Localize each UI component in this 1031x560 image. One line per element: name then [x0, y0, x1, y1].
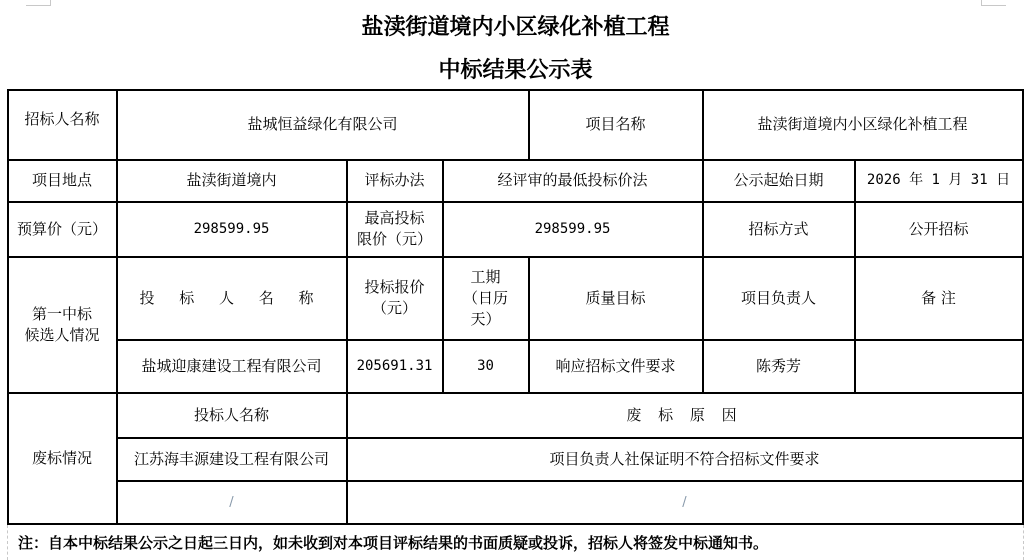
publish-date-label: 公示起始日期	[703, 160, 854, 201]
candidate-remarks	[855, 340, 1022, 392]
bid-price-header-line2: （元）	[372, 298, 417, 319]
rejected-bidder-name: /	[117, 481, 346, 523]
duration-header-line3: 天）	[470, 309, 500, 330]
candidate-quality-target: 响应招标文件要求	[529, 340, 702, 392]
duration-header-line2: （日历	[463, 288, 508, 309]
candidate-header-project-manager: 项目负责人	[703, 257, 854, 339]
table-border-right	[1022, 89, 1024, 524]
candidate-header-quality-target: 质量目标	[529, 257, 702, 339]
tenderer-value: 盐城恒益绿化有限公司	[117, 90, 528, 159]
candidate-bidder-name: 盐城迎康建设工程有限公司	[117, 340, 346, 392]
max-price-value: 298599.95	[443, 202, 702, 256]
duration-header-line1: 工期	[470, 267, 500, 288]
page-corner-mark-left	[26, 0, 51, 6]
candidate-bid-price: 205691.31	[347, 340, 442, 392]
rejected-header-bidder-name: 投标人名称	[117, 393, 346, 437]
rejected-reason: /	[347, 481, 1022, 523]
eval-method-label: 评标办法	[347, 160, 442, 201]
budget-label: 预算价（元）	[8, 202, 116, 256]
candidate-project-manager: 陈秀芳	[703, 340, 854, 392]
candidate-header-remarks: 备 注	[855, 257, 1022, 339]
tender-method-value: 公开招标	[855, 202, 1022, 256]
rejected-reason: 项目负责人社保证明不符合招标文件要求	[347, 438, 1022, 480]
project-name-label: 项目名称	[529, 90, 702, 159]
candidate-header-duration: 工期 （日历 天）	[443, 257, 528, 339]
eval-method-value: 经评审的最低投标价法	[443, 160, 702, 201]
bid-price-header-line1: 投标报价	[364, 277, 424, 298]
project-name-value: 盐渎街道境内小区绿化补植工程	[703, 90, 1022, 159]
candidate-label-line1: 第一中标	[32, 304, 92, 325]
page-corner-mark-right	[981, 0, 1006, 6]
table-border-bottom	[7, 523, 1024, 525]
rejected-header-reason: 废 标 原 因	[347, 393, 1022, 437]
publish-date-value: 2026 年 1 月 31 日	[855, 160, 1022, 201]
location-label: 项目地点	[8, 160, 116, 201]
location-value: 盐渎街道境内	[117, 160, 346, 201]
max-price-label-line1: 最高投标	[364, 208, 424, 229]
max-price-label-line2: 限价（元）	[357, 229, 432, 250]
budget-value: 298599.95	[117, 202, 346, 256]
candidate-duration: 30	[443, 340, 528, 392]
rejected-bidder-name: 江苏海丰源建设工程有限公司	[117, 438, 346, 480]
max-price-label: 最高投标 限价（元）	[347, 202, 442, 256]
document-title: 盐渎街道境内小区绿化补植工程	[0, 10, 1031, 41]
page-margin-guide-right	[1023, 525, 1024, 560]
document-subtitle: 中标结果公示表	[0, 53, 1031, 84]
rejected-section-label: 废标情况	[8, 393, 116, 523]
candidate-header-bidder-name: 投 标 人 名 称	[117, 257, 346, 339]
candidate-section-label: 第一中标 候选人情况	[8, 257, 116, 392]
tenderer-label: 招标人名称	[8, 90, 116, 148]
tender-method-label: 招标方式	[703, 202, 854, 256]
candidate-header-bid-price: 投标报价 （元）	[347, 257, 442, 339]
candidate-label-line2: 候选人情况	[24, 325, 99, 346]
page-margin-guide-left	[7, 525, 8, 560]
footer-note: 注：自本中标结果公示之日起三日内，如未收到对本项目评标结果的书面质疑或投诉，招标…	[18, 532, 768, 553]
